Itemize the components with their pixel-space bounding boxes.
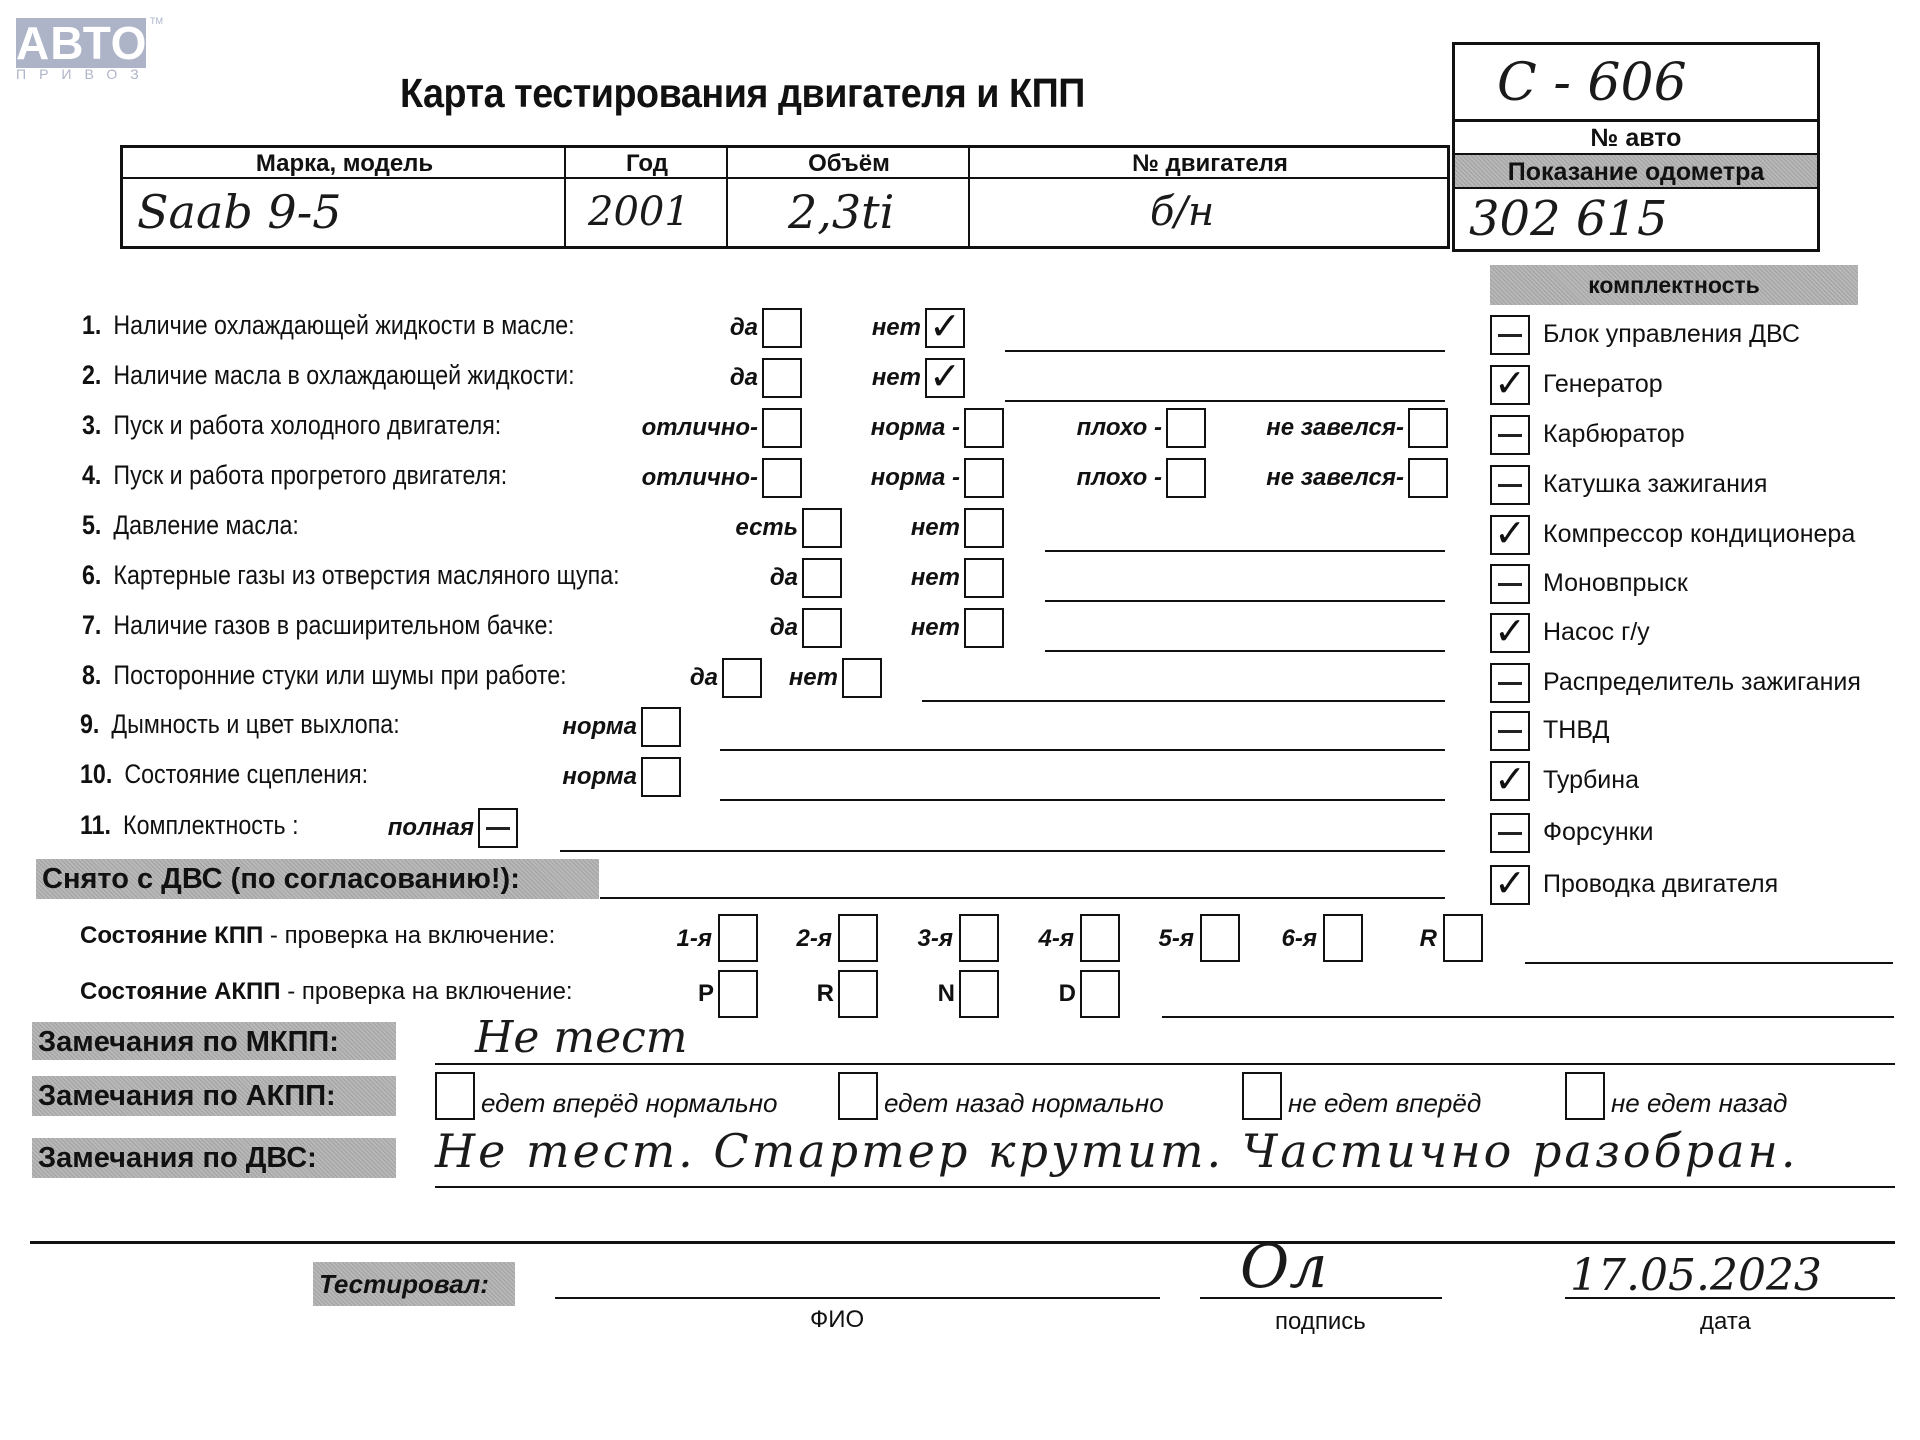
gear-label-3-я: 3-я: [918, 925, 953, 953]
checkbox-q2-1[interactable]: [762, 358, 802, 398]
divider: [564, 148, 566, 246]
gear-checkbox-5[interactable]: [1200, 914, 1240, 962]
checkmark-icon: ✓: [1492, 859, 1528, 907]
logo-subtitle: ПРИВОЗ: [16, 66, 156, 82]
option-label: нет: [789, 664, 838, 692]
completeness-checkbox-1[interactable]: [1490, 315, 1530, 355]
dash-icon: [1498, 583, 1522, 586]
question-1: 1.Наличие охлаждающей жидкости в масле:: [82, 310, 575, 341]
dash-icon: [1498, 682, 1522, 685]
checkbox-q3-2[interactable]: [964, 408, 1004, 448]
auto-gearbox-line[interactable]: [1162, 1016, 1894, 1018]
fio-line[interactable]: [555, 1297, 1160, 1299]
gear-checkbox-4[interactable]: [1080, 914, 1120, 962]
checkbox-q6-1[interactable]: [802, 558, 842, 598]
gear-label-4-я: 4-я: [1039, 925, 1074, 953]
completeness-checkbox-2[interactable]: ✓: [1490, 365, 1530, 405]
checkmark-icon: ✓: [1492, 607, 1528, 655]
option-label: плохо -: [1077, 464, 1162, 492]
manual-gearbox-desc: - проверка на включение:: [263, 922, 555, 949]
completeness-checkbox-4[interactable]: [1490, 465, 1530, 505]
completeness-checkbox-12[interactable]: ✓: [1490, 865, 1530, 905]
dash-icon: [1498, 730, 1522, 733]
car-number-label: № авто: [1455, 122, 1817, 155]
checkbox-q1-1[interactable]: [762, 308, 802, 348]
question-7: 7.Наличие газов в расширительном бачке:: [82, 610, 554, 641]
question-9: 9.Дымность и цвет выхлопа:: [80, 709, 400, 740]
odometer-label: Показание одометра: [1455, 155, 1817, 189]
auto-gearbox-label: Состояние АКПП - проверка на включение:: [80, 978, 573, 1006]
akpp-remark-label: едет вперёд нормально: [481, 1088, 777, 1119]
question-text: Комплектность :: [123, 810, 298, 840]
option-label: не завелся-: [1266, 414, 1404, 442]
removed-line[interactable]: [600, 897, 1445, 899]
completeness-item-label: Проводка двигателя: [1543, 870, 1778, 899]
akpp-remark-label: не едет вперёд: [1288, 1088, 1481, 1119]
remarks-mkpp-label: Замечания по МКПП:: [32, 1022, 396, 1060]
tested-by-label: Тестировал:: [313, 1262, 515, 1306]
question-number: 11.: [80, 810, 111, 840]
vehicle-info-table: Марка, модель Год Объём № двигателя Saab…: [120, 145, 1450, 249]
option-label: да: [770, 614, 798, 642]
completeness-item-label: Моновпрыск: [1543, 569, 1688, 598]
question-2: 2.Наличие масла в охлаждающей жидкости:: [82, 360, 575, 391]
completeness-item-label: Форсунки: [1543, 818, 1654, 847]
question-number: 3.: [82, 410, 101, 440]
gear-label-1-я: 1-я: [677, 925, 712, 953]
question-10: 10.Состояние сцепления:: [80, 759, 368, 790]
option-label: да: [690, 664, 718, 692]
option-label: не завелся-: [1266, 464, 1404, 492]
question-6-notes-line[interactable]: [1045, 600, 1445, 602]
header-year: Год: [566, 148, 728, 179]
checkbox-q11-1[interactable]: [478, 808, 518, 848]
option-label: норма: [562, 763, 637, 791]
question-number: 10.: [80, 759, 112, 789]
completeness-item-label: ТНВД: [1543, 716, 1609, 745]
checkmark-icon: ✓: [927, 302, 963, 350]
header-volume: Объём: [728, 148, 970, 179]
gear-checkbox-1[interactable]: [718, 914, 758, 962]
question-text: Пуск и работа прогретого двигателя:: [113, 460, 507, 490]
position-label-N: N: [938, 980, 955, 1008]
completeness-header: комплектность: [1490, 265, 1858, 305]
question-8-notes-line[interactable]: [922, 700, 1445, 702]
question-number: 2.: [82, 360, 101, 390]
checkbox-q9-1[interactable]: [641, 707, 681, 747]
auto-gearbox-title: Состояние АКПП: [80, 978, 281, 1005]
akpp-remark-checkbox-3[interactable]: [1242, 1072, 1282, 1120]
manual-gearbox-label: Состояние КПП - проверка на включение:: [80, 922, 555, 950]
completeness-item-label: Компрессор кондиционера: [1543, 520, 1855, 549]
question-5: 5.Давление масла:: [82, 510, 299, 541]
checkbox-q3-4[interactable]: [1408, 408, 1448, 448]
volume-value[interactable]: 2,3ti: [728, 179, 970, 246]
akpp-remark-label: не едет назад: [1611, 1088, 1787, 1119]
akpp-remark-checkbox-4[interactable]: [1565, 1072, 1605, 1120]
option-label: нет: [911, 514, 960, 542]
checkbox-q7-1[interactable]: [802, 608, 842, 648]
option-label: полная: [388, 814, 474, 842]
year-value[interactable]: 2001: [566, 179, 728, 246]
completeness-checkbox-11[interactable]: [1490, 813, 1530, 853]
completeness-item-label: Турбина: [1543, 766, 1639, 795]
option-label: да: [770, 564, 798, 592]
gear-label-2-я: 2-я: [797, 925, 832, 953]
position-checkbox-N[interactable]: [959, 970, 999, 1018]
date-label: дата: [1700, 1308, 1751, 1336]
separator-line: [30, 1241, 1895, 1244]
checkbox-q3-3[interactable]: [1166, 408, 1206, 448]
question-number: 1.: [82, 310, 101, 340]
checkbox-q8-2[interactable]: [842, 658, 882, 698]
question-text: Посторонние стуки или шумы при работе:: [113, 660, 566, 690]
position-checkbox-D[interactable]: [1080, 970, 1120, 1018]
completeness-checkbox-3[interactable]: [1490, 415, 1530, 455]
checkbox-q8-1[interactable]: [722, 658, 762, 698]
checkmark-icon: ✓: [1492, 509, 1528, 557]
checkbox-q5-2[interactable]: [964, 508, 1004, 548]
completeness-item-label: Карбюратор: [1543, 420, 1685, 449]
option-label: есть: [735, 514, 798, 542]
gear-checkbox-3[interactable]: [959, 914, 999, 962]
checkmark-icon: ✓: [1492, 755, 1528, 803]
avtoprivoz-logo: АВТО: [16, 18, 146, 68]
question-number: 7.: [82, 610, 101, 640]
gear-checkbox-7[interactable]: [1443, 914, 1483, 962]
gear-label-6-я: 6-я: [1282, 925, 1317, 953]
question-text: Картерные газы из отверстия масляного щу…: [113, 560, 619, 590]
completeness-checkbox-7[interactable]: ✓: [1490, 613, 1530, 653]
remarks-mkpp-value[interactable]: Не тест: [475, 1012, 688, 1063]
question-9-notes-line[interactable]: [720, 749, 1445, 751]
make-model-value[interactable]: Saab 9-5: [123, 179, 566, 246]
question-number: 5.: [82, 510, 101, 540]
manual-gearbox-title: Состояние КПП: [80, 922, 263, 949]
completeness-item-label: Блок управления ДВС: [1543, 320, 1800, 349]
question-text: Наличие газов в расширительном бачке:: [113, 610, 553, 640]
question-6: 6.Картерные газы из отверстия масляного …: [82, 560, 620, 591]
option-label: нет: [872, 314, 921, 342]
car-number-value[interactable]: C - 606: [1497, 53, 1687, 113]
option-label: норма: [562, 713, 637, 741]
question-8: 8.Посторонние стуки или шумы при работе:: [82, 660, 567, 691]
remarks-dvs-line: [435, 1186, 1895, 1188]
page-title: Карта тестирования двигателя и КПП: [400, 70, 1085, 117]
header-make-model: Марка, модель: [123, 148, 566, 179]
question-3: 3.Пуск и работа холодного двигателя:: [82, 410, 501, 441]
checkbox-q4-2[interactable]: [964, 458, 1004, 498]
gear-checkbox-2[interactable]: [838, 914, 878, 962]
question-text: Давление масла:: [113, 510, 298, 540]
logo-trademark: TM: [150, 16, 163, 26]
dash-icon: [1498, 832, 1522, 835]
checkbox-q7-2[interactable]: [964, 608, 1004, 648]
checkmark-icon: ✓: [927, 352, 963, 400]
car-number-odometer-box: C - 606 № авто Показание одометра 302 61…: [1452, 42, 1820, 252]
completeness-checkbox-5[interactable]: ✓: [1490, 515, 1530, 555]
removed-label: Снято с ДВС (по согласованию!):: [36, 859, 599, 899]
checkmark-icon: ✓: [1492, 359, 1528, 407]
checkbox-q2-2[interactable]: ✓: [925, 358, 965, 398]
divider: [726, 148, 728, 246]
dash-icon: [1498, 434, 1522, 437]
position-label-P: P: [698, 980, 714, 1008]
dash-icon: [1498, 484, 1522, 487]
position-label-D: D: [1059, 980, 1076, 1008]
question-4: 4.Пуск и работа прогретого двигателя:: [82, 460, 507, 491]
question-1-notes-line[interactable]: [1005, 350, 1445, 352]
question-number: 4.: [82, 460, 101, 490]
completeness-item-label: Насос г/у: [1543, 618, 1650, 647]
gear-checkbox-6[interactable]: [1323, 914, 1363, 962]
position-label-R: R: [817, 980, 834, 1008]
option-label: да: [730, 314, 758, 342]
checkbox-q5-1[interactable]: [802, 508, 842, 548]
checkbox-q1-2[interactable]: ✓: [925, 308, 965, 348]
gear-label-R: R: [1420, 925, 1437, 953]
manual-gearbox-line[interactable]: [1525, 962, 1893, 964]
question-number: 6.: [82, 560, 101, 590]
odometer-value[interactable]: 302 615: [1469, 191, 1668, 247]
option-label: нет: [872, 364, 921, 392]
question-11-notes-line[interactable]: [560, 850, 1445, 852]
akpp-remark-checkbox-1[interactable]: [435, 1072, 475, 1120]
checkbox-q4-4[interactable]: [1408, 458, 1448, 498]
dash-icon: [486, 827, 510, 830]
remarks-mkpp-line: [435, 1063, 1895, 1065]
checkbox-q4-3[interactable]: [1166, 458, 1206, 498]
checkbox-q4-1[interactable]: [762, 458, 802, 498]
question-10-notes-line[interactable]: [720, 799, 1445, 801]
question-5-notes-line[interactable]: [1045, 550, 1445, 552]
dash-icon: [1498, 334, 1522, 337]
question-number: 9.: [80, 709, 99, 739]
checkbox-q6-2[interactable]: [964, 558, 1004, 598]
question-11: 11.Комплектность :: [80, 810, 299, 841]
completeness-item-label: Генератор: [1543, 370, 1663, 399]
date-value[interactable]: 17.05.2023: [1570, 1250, 1822, 1301]
checkbox-q3-1[interactable]: [762, 408, 802, 448]
question-2-notes-line[interactable]: [1005, 400, 1445, 402]
completeness-item-label: Катушка зажигания: [1543, 470, 1767, 499]
question-7-notes-line[interactable]: [1045, 650, 1445, 652]
completeness-checkbox-9[interactable]: [1490, 711, 1530, 751]
option-label: нет: [911, 564, 960, 592]
gear-label-5-я: 5-я: [1159, 925, 1194, 953]
header-engine-number: № двигателя: [970, 148, 1450, 179]
completeness-item-label: Распределитель зажигания: [1543, 668, 1861, 697]
remarks-dvs-value[interactable]: Не тест. Стартер крутит. Частично разобр…: [435, 1124, 1798, 1178]
question-text: Наличие масла в охлаждающей жидкости:: [113, 360, 574, 390]
option-label: норма -: [871, 414, 960, 442]
auto-gearbox-desc: - проверка на включение:: [281, 978, 573, 1005]
akpp-remark-label: едет назад нормально: [884, 1088, 1164, 1119]
question-number: 8.: [82, 660, 101, 690]
completeness-checkbox-10[interactable]: ✓: [1490, 761, 1530, 801]
option-label: отлично-: [642, 464, 758, 492]
option-label: отлично-: [642, 414, 758, 442]
remarks-dvs-label: Замечания по ДВС:: [32, 1138, 396, 1178]
option-label: норма -: [871, 464, 960, 492]
checkbox-q10-1[interactable]: [641, 757, 681, 797]
signature-label: подпись: [1275, 1308, 1366, 1336]
position-checkbox-P[interactable]: [718, 970, 758, 1018]
completeness-checkbox-6[interactable]: [1490, 564, 1530, 604]
question-text: Состояние сцепления:: [124, 759, 368, 789]
option-label: плохо -: [1077, 414, 1162, 442]
position-checkbox-R[interactable]: [838, 970, 878, 1018]
remarks-akpp-label: Замечания по АКПП:: [32, 1076, 396, 1116]
question-text: Наличие охлаждающей жидкости в масле:: [113, 310, 574, 340]
engine-number-value[interactable]: б/н: [970, 179, 1450, 246]
signature-value: Ол: [1240, 1232, 1327, 1302]
akpp-remark-checkbox-2[interactable]: [838, 1072, 878, 1120]
question-text: Дымность и цвет выхлопа:: [111, 709, 399, 739]
completeness-checkbox-8[interactable]: [1490, 663, 1530, 703]
question-text: Пуск и работа холодного двигателя:: [113, 410, 501, 440]
option-label: да: [730, 364, 758, 392]
option-label: нет: [911, 614, 960, 642]
fio-label: ФИО: [810, 1306, 864, 1334]
divider: [968, 148, 970, 246]
